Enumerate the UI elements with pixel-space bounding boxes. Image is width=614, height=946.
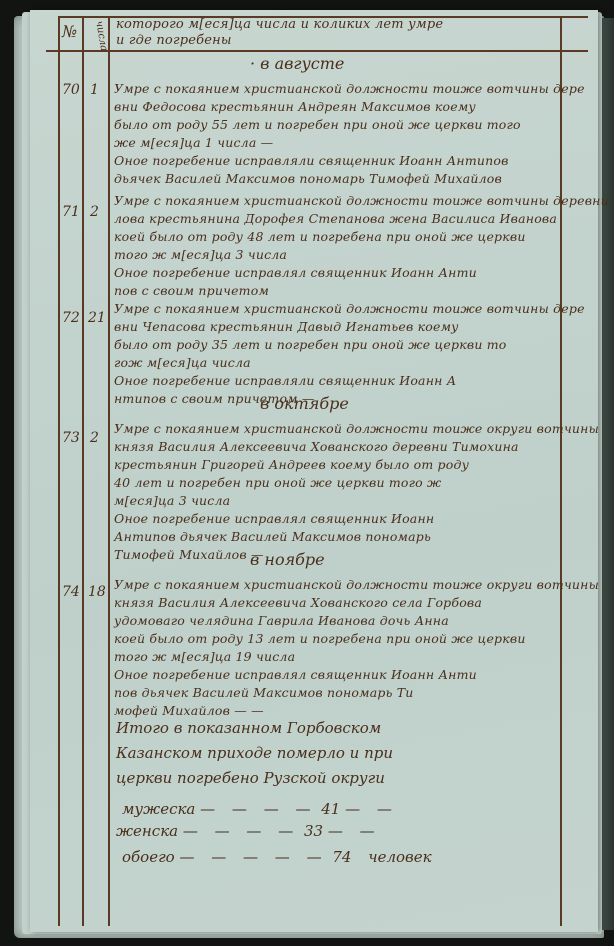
entry-text: Умре с покаянием христианской должности … bbox=[114, 192, 614, 300]
total-male-row: мужеска — — — — 41 — — bbox=[122, 800, 398, 818]
month-heading-november: в ноябре bbox=[250, 550, 325, 569]
col-day-right-rule bbox=[108, 16, 110, 926]
header-number-col: № bbox=[62, 22, 77, 41]
entry-number: 74 bbox=[62, 584, 80, 600]
leader-dashes: — — — — bbox=[200, 800, 316, 818]
col-number-right-rule bbox=[82, 16, 84, 926]
entry-day: 1 bbox=[90, 82, 99, 98]
header-bottom-rule bbox=[46, 50, 588, 52]
total-male-value: 41 bbox=[321, 800, 340, 818]
header-description-line-2: и где погребены bbox=[116, 32, 232, 50]
col-number-left-rule bbox=[58, 16, 60, 926]
leader-dashes: — — — — — bbox=[180, 848, 328, 866]
total-female-label: женска bbox=[116, 822, 178, 840]
total-female-value: 33 bbox=[304, 822, 323, 840]
entry-day: 18 bbox=[88, 584, 106, 600]
entry-day: 21 bbox=[88, 310, 106, 326]
month-heading-august: · в августе bbox=[250, 54, 344, 73]
total-both-suffix: человек bbox=[368, 848, 431, 866]
total-both-label: обоего bbox=[122, 848, 175, 866]
total-both-value: 74 bbox=[332, 848, 351, 866]
total-male-label: мужеска bbox=[122, 800, 195, 818]
leader-dashes: — — — — bbox=[183, 822, 299, 840]
header-day-col: числа bbox=[93, 20, 109, 52]
entry-number: 73 bbox=[62, 430, 80, 446]
entry-number: 72 bbox=[62, 310, 80, 326]
total-both-row: обоего — — — — — 74 человек bbox=[122, 848, 432, 866]
total-female-row: женска — — — — 33 — — bbox=[116, 822, 381, 840]
leader-dashes: — — bbox=[328, 822, 381, 840]
entry-number: 71 bbox=[62, 204, 80, 220]
entry-text: Умре с покаянием христианской должности … bbox=[114, 420, 599, 564]
entry-text: Умре с покаянием христианской должности … bbox=[114, 576, 599, 720]
summary-text: Итого в показанном Горбовском Казанском … bbox=[116, 716, 393, 791]
entry-number: 70 bbox=[62, 82, 80, 98]
leader-dashes: — — bbox=[345, 800, 398, 818]
entry-day: 2 bbox=[90, 204, 99, 220]
entry-text: Умре с покаянием христианской должности … bbox=[114, 80, 585, 188]
entry-text: Умре с покаянием христианской должности … bbox=[114, 300, 585, 408]
book-spine bbox=[602, 18, 614, 930]
entry-day: 2 bbox=[90, 430, 99, 446]
month-heading-october: в октябре bbox=[260, 394, 349, 413]
register-page: № числа которого м[еся]ца числа и колики… bbox=[30, 10, 598, 932]
